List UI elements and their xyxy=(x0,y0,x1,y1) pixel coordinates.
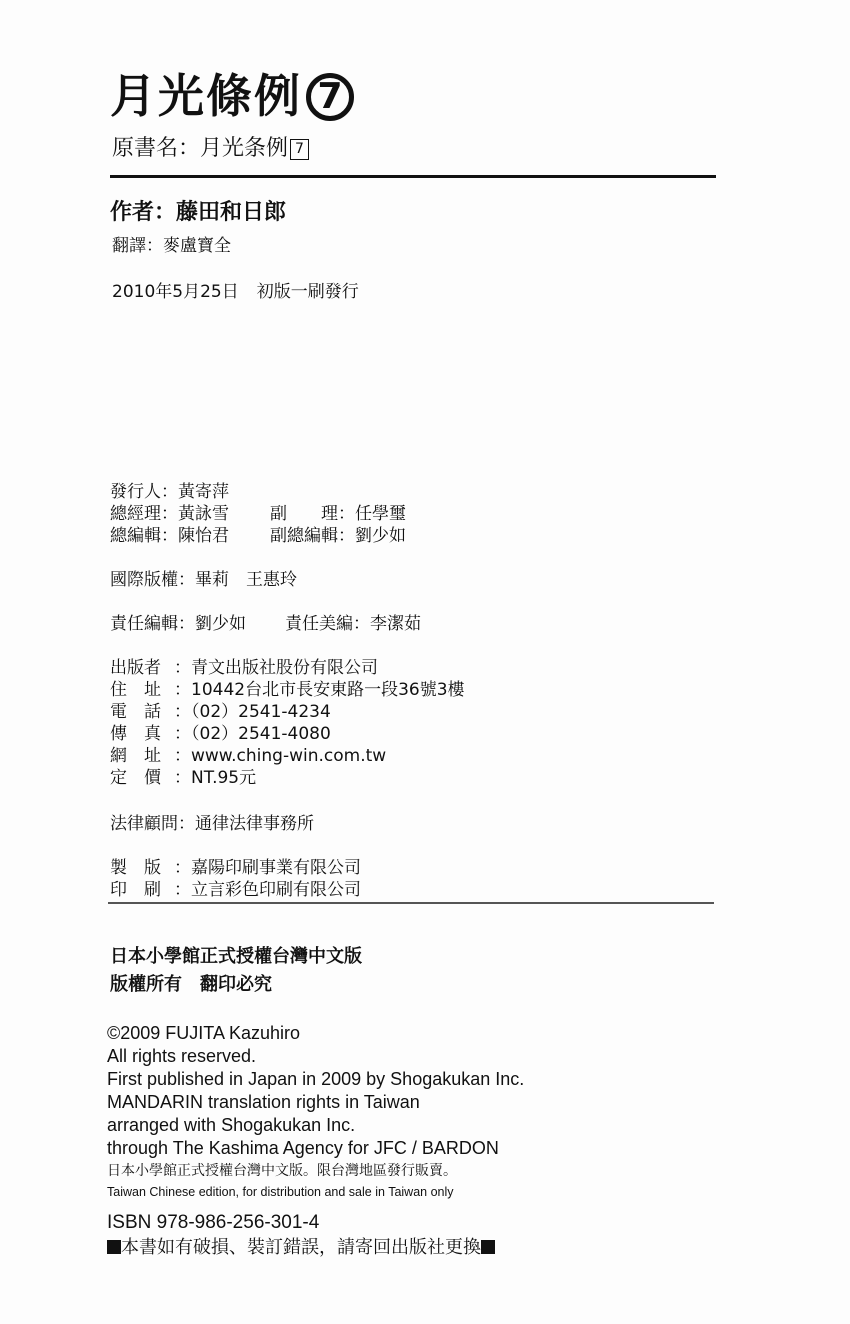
manager-row: 總經理：黃詠雪 副 理：任學璽 xyxy=(110,503,610,525)
copyright-line-4: arranged with Shogakukan Inc. xyxy=(107,1114,355,1137)
square-bullet-icon xyxy=(481,1240,495,1254)
deputy-manager-value: ：任學璽 xyxy=(338,504,406,524)
chief-editor: 總編輯：陳怡君 xyxy=(110,526,229,546)
copyright-line-1: All rights reserved. xyxy=(107,1045,256,1068)
info-label: 網 址 xyxy=(110,745,174,767)
legal-counsel: 法律顧問：通律法律事務所 xyxy=(110,813,314,835)
editor-row: 總編輯：陳怡君 副總編輯：劉少如 xyxy=(110,525,610,547)
copyright-line-0: ©2009 FUJITA Kazuhiro xyxy=(107,1022,300,1045)
info-value: ：www.ching-win.com.tw xyxy=(174,746,386,766)
publication-date: 2010年5月25日初版一刷發行 xyxy=(112,280,359,304)
copyright-line-5: through The Kashima Agency for JFC / BAR… xyxy=(107,1137,499,1160)
responsible-editor: 責任編輯：劉少如 xyxy=(110,614,246,634)
info-label: 製 版 xyxy=(110,857,174,879)
responsible-art-editor: 責任美編：李潔茹 xyxy=(285,613,421,635)
deputy-chief-editor: 副總編輯：劉少如 xyxy=(270,525,406,547)
publisher-info-4: 網 址：www.ching-win.com.tw xyxy=(110,745,386,767)
edition-text: 初版一刷發行 xyxy=(257,282,359,302)
general-manager: 總經理：黃詠雪 xyxy=(110,504,229,524)
license-line-1: 日本小學館正式授權台灣中文版 xyxy=(110,945,362,969)
printer: 印 刷：立言彩色印刷有限公司 xyxy=(110,879,361,901)
info-value: ：立言彩色印刷有限公司 xyxy=(174,880,361,900)
plate-making: 製 版：嘉陽印刷事業有限公司 xyxy=(110,857,361,879)
square-bullet-icon xyxy=(107,1240,121,1254)
info-value: ：NT.95元 xyxy=(174,768,256,788)
original-title: 原書名：月光条例7 xyxy=(112,134,309,164)
notice-text: 本書如有破損、裝訂錯誤，請寄回出版社更換 xyxy=(121,1237,481,1258)
info-label: 傳 真 xyxy=(110,723,174,745)
license-line-2: 版權所有 翻印必究 xyxy=(110,973,272,997)
author: 作者：藤田和日郎 xyxy=(110,198,286,228)
info-label: 電 話 xyxy=(110,701,174,723)
publisher-person: 發行人：黃寄萍 xyxy=(110,481,229,503)
distribution-zh: 日本小學館正式授權台灣中文版。限台灣地區發行販賣。 xyxy=(107,1161,457,1181)
damage-notice: 本書如有破損、裝訂錯誤，請寄回出版社更換 xyxy=(107,1236,495,1260)
publisher-info-0: 出版者：青文出版社股份有限公司 xyxy=(110,657,378,679)
title-text: 月光條例 xyxy=(110,69,302,123)
info-label: 出版者 xyxy=(110,657,174,679)
volume-circle: 7 xyxy=(306,73,354,121)
info-value: ：（02）2541-4080 xyxy=(174,724,331,744)
publisher-info-5: 定 價：NT.95元 xyxy=(110,767,256,789)
info-label: 印 刷 xyxy=(110,879,174,901)
deputy-manager: 副 理：任學璽 xyxy=(270,503,406,525)
book-title: 月光條例7 xyxy=(110,66,354,126)
responsible-row: 責任編輯：劉少如 責任美編：李潔茹 xyxy=(110,613,610,635)
translator: 翻譯：麥盧寶全 xyxy=(112,234,231,258)
intl-rights: 國際版權：畢莉 王惠玲 xyxy=(110,569,297,591)
info-label: 住 址 xyxy=(110,679,174,701)
date-text: 2010年5月25日 xyxy=(112,282,239,302)
copyright-line-2: First published in Japan in 2009 by Shog… xyxy=(107,1068,524,1091)
middle-divider xyxy=(108,902,714,904)
original-title-text: 原書名：月光条例 xyxy=(112,136,288,161)
publisher-info-2: 電 話：（02）2541-4234 xyxy=(110,701,331,723)
info-value: ：（02）2541-4234 xyxy=(174,702,331,722)
copyright-line-3: MANDARIN translation rights in Taiwan xyxy=(107,1091,420,1114)
isbn: ISBN 978-986-256-301-4 xyxy=(107,1212,319,1235)
publisher-info-1: 住 址：10442台北市長安東路一段36號3樓 xyxy=(110,679,465,701)
info-value: ：嘉陽印刷事業有限公司 xyxy=(174,858,361,878)
top-divider xyxy=(110,175,716,178)
original-volume-box: 7 xyxy=(290,139,309,160)
info-value: ：10442台北市長安東路一段36號3樓 xyxy=(174,680,465,700)
info-value: ：青文出版社股份有限公司 xyxy=(174,658,378,678)
publisher-info-3: 傳 真：（02）2541-4080 xyxy=(110,723,331,745)
distribution-en: Taiwan Chinese edition, for distribution… xyxy=(107,1183,454,1201)
info-label: 定 價 xyxy=(110,767,174,789)
deputy-manager-label: 副 理 xyxy=(270,504,338,524)
